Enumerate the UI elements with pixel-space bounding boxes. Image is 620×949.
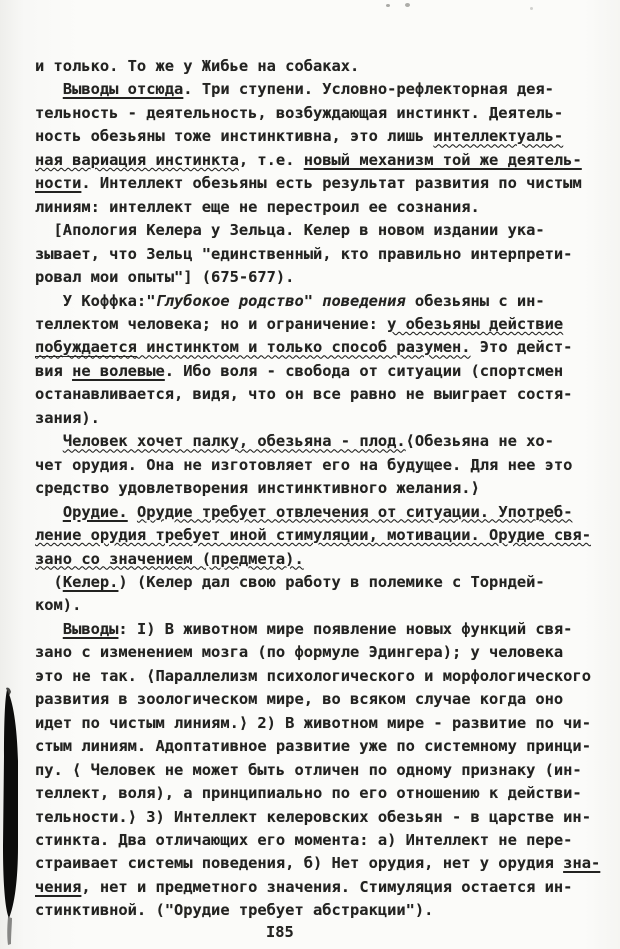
text-line: и только. То же у Жибье на собаках.	[35, 55, 600, 78]
text-line: это не так. ⟨Параллелизм психологическог…	[35, 665, 600, 688]
page-number: I85	[266, 923, 294, 941]
text-segment: интеллектуаль-	[433, 127, 563, 145]
text-segment: стинктивной. ("Орудие требует абстракции…	[35, 901, 433, 919]
text-segment: идет по чистым линиям.⟩ 2) В животном ми…	[35, 714, 591, 732]
text-segment: . Интеллект обезьяны есть результат разв…	[81, 174, 581, 192]
text-segment: линиям: интеллект еще не перестроил ее с…	[35, 198, 480, 216]
text-segment: , нет и предметного значения. Стимуляция…	[81, 878, 572, 896]
text-segment: пу. ⟨ Человек не может быть отличен по о…	[35, 761, 582, 779]
text-segment: тельность - деятельность, возбуждающая и…	[35, 104, 563, 122]
text-segment: и только. То же у Жибье на собаках.	[35, 57, 359, 75]
text-segment: Человек хочет палку, обезьяна - плод.	[63, 432, 406, 450]
text-line: ность обезьяны тоже инстинктивна, это ли…	[35, 125, 600, 148]
text-line: зано со значением (предмета).	[35, 548, 600, 571]
text-segment: вия	[35, 362, 72, 380]
scan-speck	[530, 7, 533, 10]
text-line: ление орудия требует иной стимуляции, мо…	[35, 524, 600, 547]
text-segment: . Ибо воля - свобода от ситуации (спортс…	[165, 362, 563, 380]
text-line: тельность - деятельность, возбуждающая и…	[35, 102, 600, 125]
text-segment: новый механизм той же деятель-	[304, 151, 582, 169]
text-line: ная вариация инстинкта, т.е. новый механ…	[35, 149, 600, 172]
text-segment: стинкта. Два отличающих его момента: а) …	[35, 831, 572, 849]
text-segment: Орудие.	[63, 503, 128, 521]
text-segment: ная вариация инстинкта	[35, 151, 239, 169]
text-line: страивает системы поведения, б) Нет оруд…	[35, 852, 600, 875]
text-line: стым линиям. Адоптативное развитие уже п…	[35, 735, 600, 758]
text-segment: зано с изменением мозга (по формуле Эдин…	[35, 643, 563, 661]
text-segment: зывает, что Зельц "единственный, кто пра…	[35, 245, 572, 263]
text-line: чения, нет и предметного значения. Стиму…	[35, 876, 600, 899]
text-segment	[35, 503, 63, 521]
text-segment: [Апология Келера у Зельца. Келер в новом…	[35, 221, 545, 239]
text-segment: инстинктом и только способ разумен.	[137, 338, 471, 356]
text-segment: Это дейст-	[471, 338, 573, 356]
text-line: теллектом человека; но и ограничение: у …	[35, 313, 600, 336]
text-line: вия не волевые. Ибо воля - свобода от си…	[35, 360, 600, 383]
text-segment: тельности.⟩ 3) Интеллект келеровских обе…	[35, 808, 591, 826]
text-segment: "Глубокое родство" поведения	[146, 292, 405, 310]
text-segment	[128, 503, 137, 521]
text-line: тельности.⟩ 3) Интеллект келеровских обе…	[35, 806, 600, 829]
text-line: стинкта. Два отличающих его момента: а) …	[35, 829, 600, 852]
text-segment: побуждается	[35, 338, 137, 357]
text-line: чет орудия. Она не изготовляет его на бу…	[35, 454, 600, 477]
text-segment: ) (Келер дал свою работу в полемике с То…	[118, 573, 544, 591]
text-segment: стым линиям. Адоптативное развитие уже п…	[35, 737, 591, 755]
text-line: У Коффка:"Глубокое родство" поведения об…	[35, 290, 600, 313]
scan-speck	[405, 3, 410, 7]
text-segment: развития в зоологическом мире, во всяком…	[35, 690, 563, 708]
text-line: средство удовлетворения инстинктивного ж…	[35, 477, 600, 500]
text-segment: ности	[35, 174, 81, 192]
text-segment: Выводы отсюда	[63, 80, 183, 98]
text-line: (Келер.) (Келер дал свою работу в полеми…	[35, 571, 600, 594]
text-segment: страивает системы поведения, б) Нет оруд…	[35, 854, 563, 872]
text-segment: Келер.	[63, 573, 119, 591]
text-segment: обезьяны с ин-	[406, 292, 545, 310]
text-segment: У Коффка:	[35, 292, 146, 310]
ink-smudge-artifact	[0, 686, 24, 948]
text-segment: не волевые	[72, 362, 165, 380]
text-segment: ность обезьяны тоже инстинктивна, это ли…	[35, 127, 433, 145]
text-segment: . Три ступени. Условно-рефлекторная дея-	[183, 80, 554, 98]
text-line: линиям: интеллект еще не перестроил ее с…	[35, 196, 600, 219]
text-segment: Орудие требует отвлечения от ситуации. У…	[137, 503, 573, 521]
text-segment: средство удовлетворения инстинктивного ж…	[35, 479, 480, 497]
text-segment: , т.е.	[239, 151, 304, 169]
text-segment: чет орудия. Она не изготовляет его на бу…	[35, 456, 572, 474]
text-segment: ⟨Обезьяна не хо-	[406, 432, 554, 450]
text-segment: (	[35, 573, 63, 591]
text-line: развития в зоологическом мире, во всяком…	[35, 688, 600, 711]
text-segment: ровал мои опыты"] (675-677).	[35, 268, 294, 286]
text-segment: ление орудия требует иной стимуляции, мо…	[35, 526, 591, 544]
text-line: ком).	[35, 594, 600, 617]
text-segment: это не так. ⟨Параллелизм психологическог…	[35, 667, 591, 685]
text-line: зано с изменением мозга (по формуле Эдин…	[35, 641, 600, 664]
text-segment: зания).	[35, 409, 100, 427]
text-segment: у обезьяны действие	[387, 315, 563, 333]
text-segment: : I) В животном мире появление новых фун…	[118, 620, 572, 638]
text-line: Человек хочет палку, обезьяна - плод.⟨Об…	[35, 430, 600, 453]
text-segment: зано со значением (предмета).	[35, 550, 304, 568]
text-line: ности. Интеллект обезьяны есть результат…	[35, 172, 600, 195]
text-line: стинктивной. ("Орудие требует абстракции…	[35, 899, 600, 922]
text-segment: чения	[35, 878, 81, 896]
text-segment	[35, 80, 63, 98]
text-line: зывает, что Зельц "единственный, кто пра…	[35, 243, 600, 266]
text-line: останавливается, видя, что он все равно …	[35, 383, 600, 406]
text-segment: Выводы	[63, 620, 119, 638]
text-line: зания).	[35, 407, 600, 430]
text-line: ровал мои опыты"] (675-677).	[35, 266, 600, 289]
text-line: пу. ⟨ Человек не может быть отличен по о…	[35, 759, 600, 782]
text-line: побуждается инстинктом и только способ р…	[35, 336, 600, 359]
text-line: Выводы отсюда. Три ступени. Условно-рефл…	[35, 78, 600, 101]
text-line: идет по чистым линиям.⟩ 2) В животном ми…	[35, 712, 600, 735]
text-segment: зна-	[563, 854, 600, 872]
text-segment: останавливается, видя, что он все равно …	[35, 385, 572, 403]
typewritten-text: и только. То же у Жибье на собаках. Выво…	[35, 55, 600, 923]
scanned-page: и только. То же у Жибье на собаках. Выво…	[0, 0, 620, 949]
text-segment	[35, 620, 63, 638]
text-segment: ком).	[35, 596, 81, 614]
scan-speck	[386, 4, 390, 7]
text-line: [Апология Келера у Зельца. Келер в новом…	[35, 219, 600, 242]
text-segment	[35, 432, 63, 450]
text-segment: теллект, воля), а принципиально по его о…	[35, 784, 582, 802]
text-segment: теллектом человека; но и ограничение:	[35, 315, 387, 333]
text-line: Орудие. Орудие требует отвлечения от сит…	[35, 501, 600, 524]
text-line: Выводы: I) В животном мире появление нов…	[35, 618, 600, 641]
text-line: теллект, воля), а принципиально по его о…	[35, 782, 600, 805]
